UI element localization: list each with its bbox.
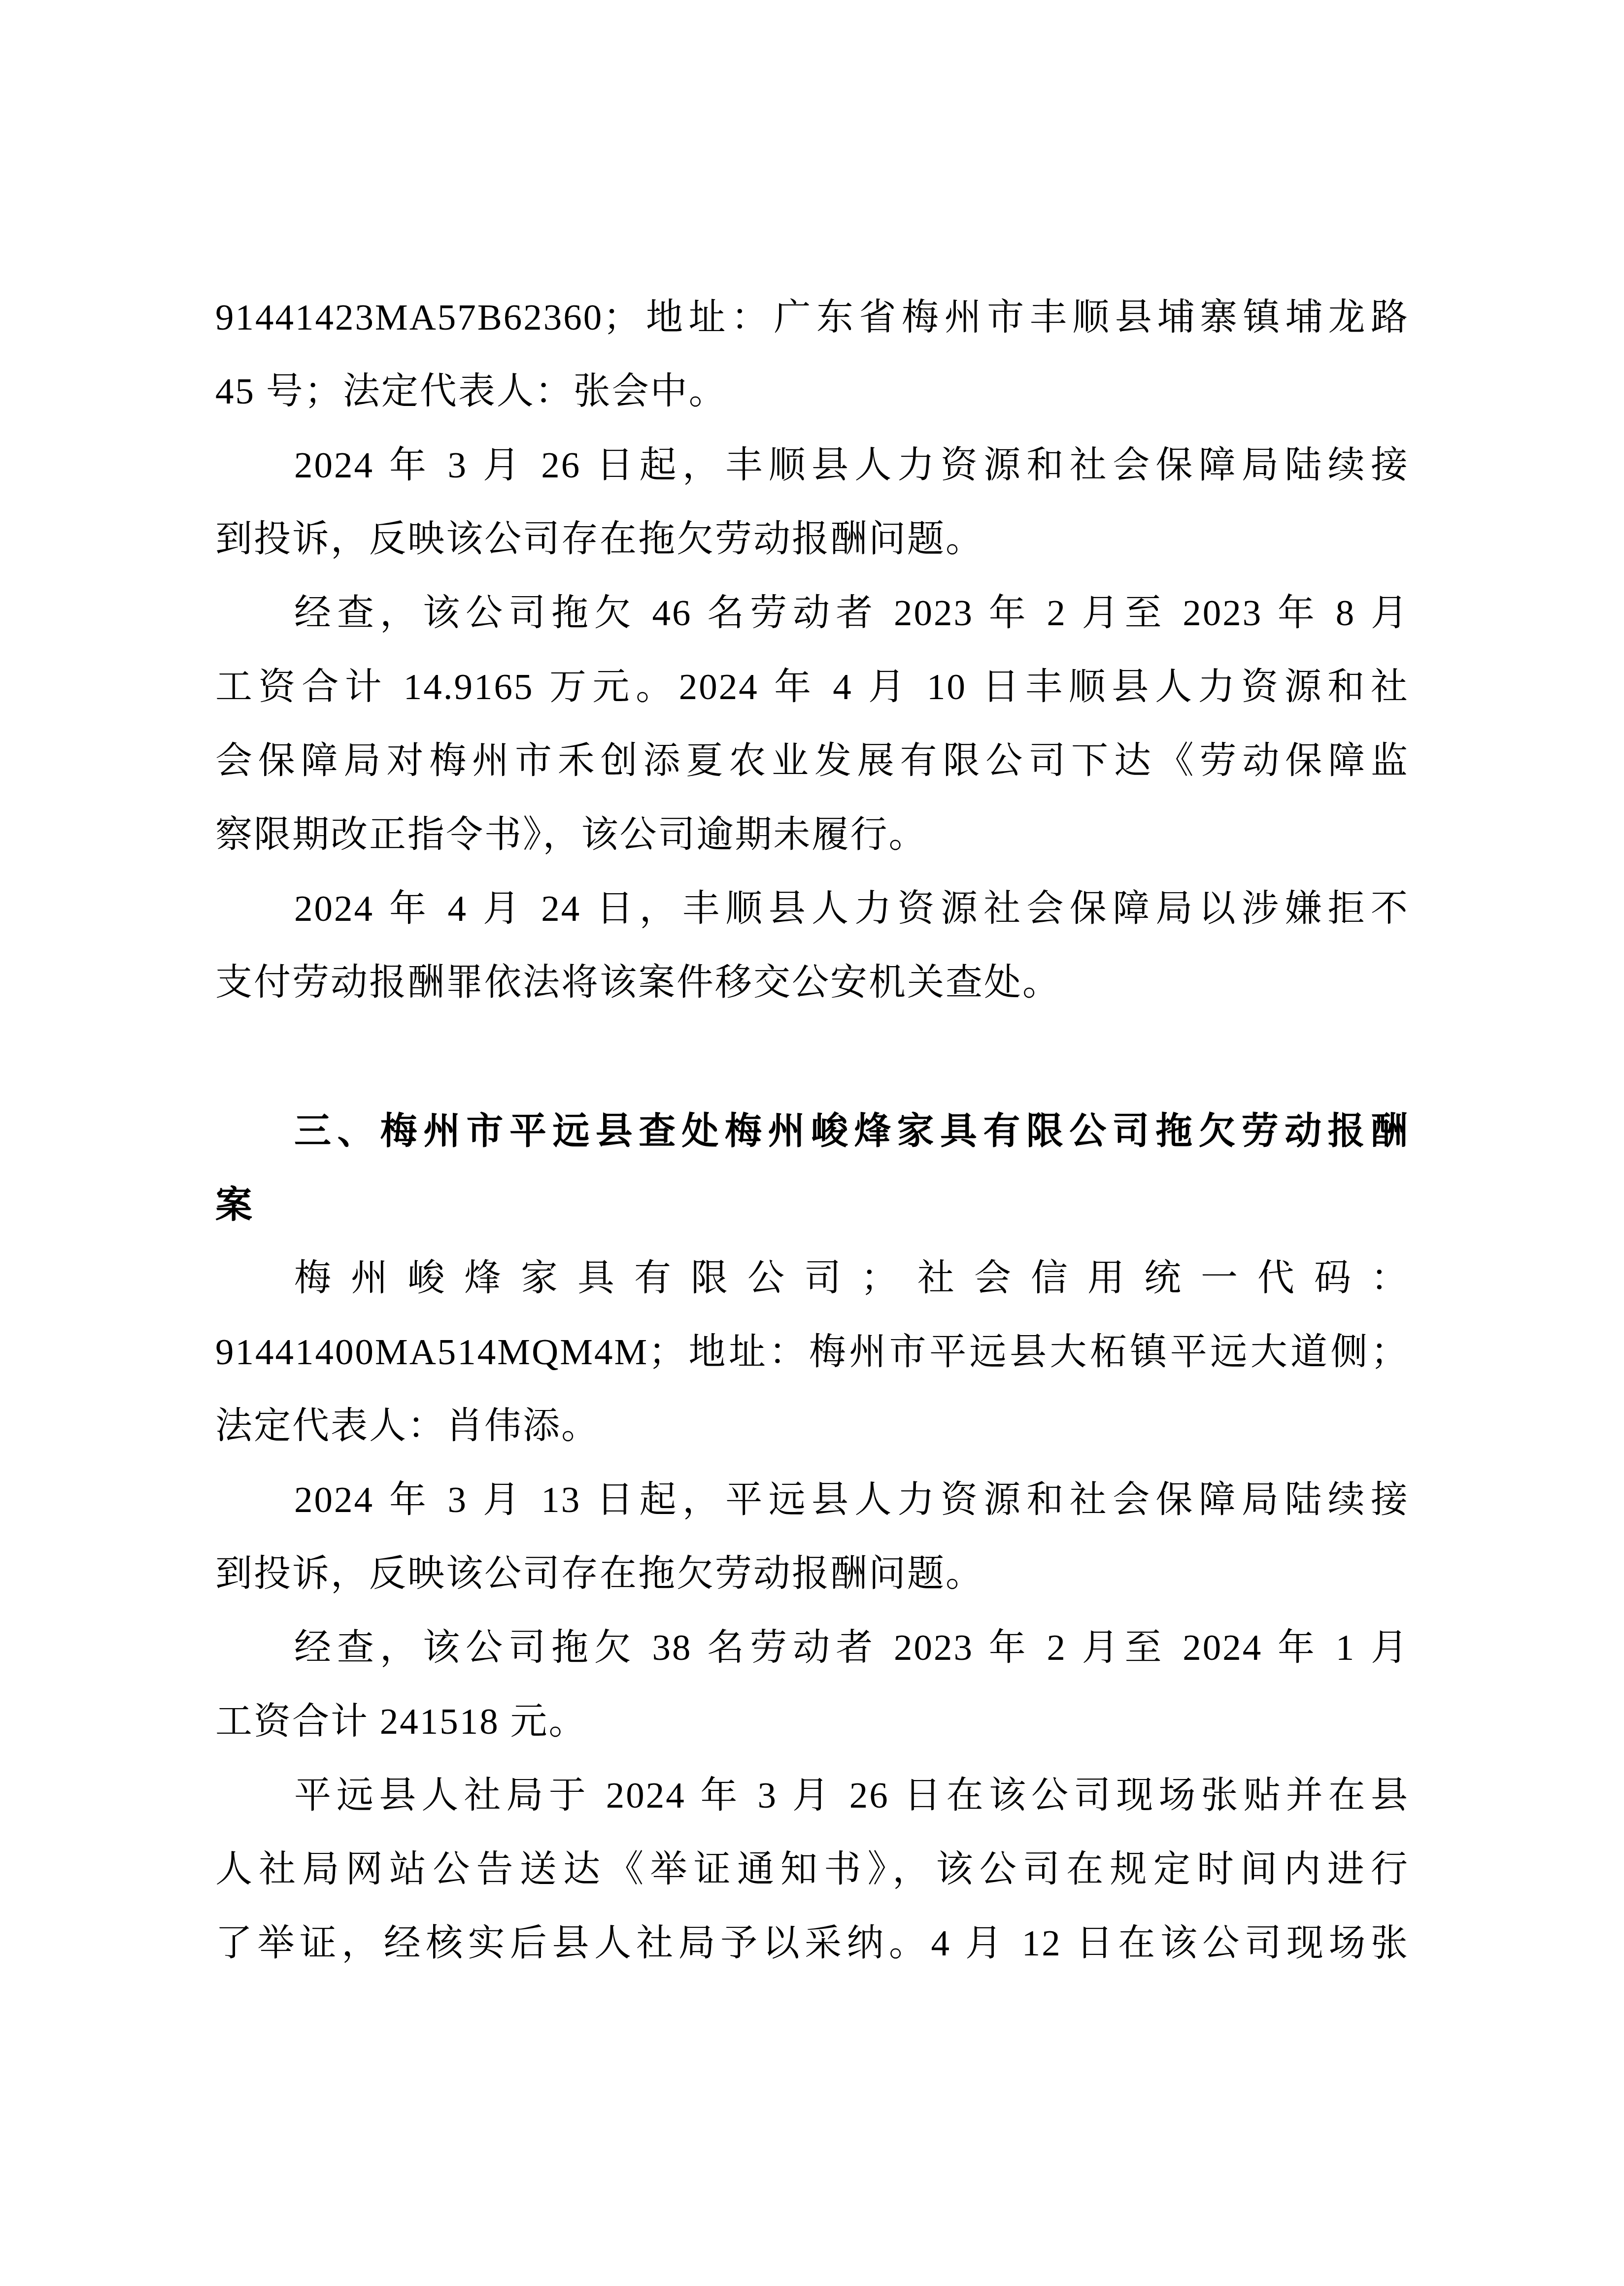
document-page: 91441423MA57B62360；地址：广东省梅州市丰顺县埔寨镇埔龙路45 … bbox=[0, 0, 1624, 2286]
section-heading-line: 三、梅州市平远县查处梅州峻烽家具有限公司拖欠劳动报酬 bbox=[215, 1094, 1409, 1168]
body-text-line: 会保障局对梅州市禾创添夏农业发展有限公司下达《劳动保障监 bbox=[215, 724, 1409, 798]
body-text-line: 人社局网站公告送达《举证通知书》，该公司在规定时间内进行 bbox=[215, 1833, 1409, 1907]
body-text-line: 了举证，经核实后县人社局予以采纳。4 月 12 日在该公司现场张 bbox=[215, 1907, 1409, 1981]
document-text-block: 91441423MA57B62360；地址：广东省梅州市丰顺县埔寨镇埔龙路45 … bbox=[215, 281, 1409, 1981]
body-text-line: 梅州峻烽家具有限公司；社会信用统一代码： bbox=[215, 1242, 1409, 1315]
section-heading-line: 案 bbox=[215, 1168, 1409, 1242]
body-text-line: 到投诉，反映该公司存在拖欠劳动报酬问题。 bbox=[215, 503, 1409, 576]
body-text-line: 45 号；法定代表人：张会中。 bbox=[215, 355, 1409, 429]
body-text-line: 察限期改正指令书》，该公司逾期未履行。 bbox=[215, 798, 1409, 872]
body-text-line: 经查，该公司拖欠 38 名劳动者 2023 年 2 月至 2024 年 1 月 bbox=[215, 1611, 1409, 1685]
body-text-line: 支付劳动报酬罪依法将该案件移交公安机关查处。 bbox=[215, 946, 1409, 1020]
body-text-line: 91441423MA57B62360；地址：广东省梅州市丰顺县埔寨镇埔龙路 bbox=[215, 281, 1409, 355]
body-text-line: 经查，该公司拖欠 46 名劳动者 2023 年 2 月至 2023 年 8 月 bbox=[215, 576, 1409, 650]
body-text-line: 工资合计 241518 元。 bbox=[215, 1685, 1409, 1759]
body-text-line: 平远县人社局于 2024 年 3 月 26 日在该公司现场张贴并在县 bbox=[215, 1759, 1409, 1833]
body-text-line: 到投诉，反映该公司存在拖欠劳动报酬问题。 bbox=[215, 1537, 1409, 1611]
blank-line bbox=[215, 1020, 1409, 1094]
body-text-line: 2024 年 4 月 24 日，丰顺县人力资源社会保障局以涉嫌拒不 bbox=[215, 872, 1409, 946]
body-text-line: 2024 年 3 月 13 日起，平远县人力资源和社会保障局陆续接 bbox=[215, 1463, 1409, 1537]
body-text-line: 工资合计 14.9165 万元。2024 年 4 月 10 日丰顺县人力资源和社 bbox=[215, 650, 1409, 724]
body-text-line: 91441400MA514MQM4M；地址：梅州市平远县大柘镇平远大道侧； bbox=[215, 1315, 1409, 1389]
body-text-line: 2024 年 3 月 26 日起，丰顺县人力资源和社会保障局陆续接 bbox=[215, 429, 1409, 503]
body-text-line: 法定代表人：肖伟添。 bbox=[215, 1389, 1409, 1463]
